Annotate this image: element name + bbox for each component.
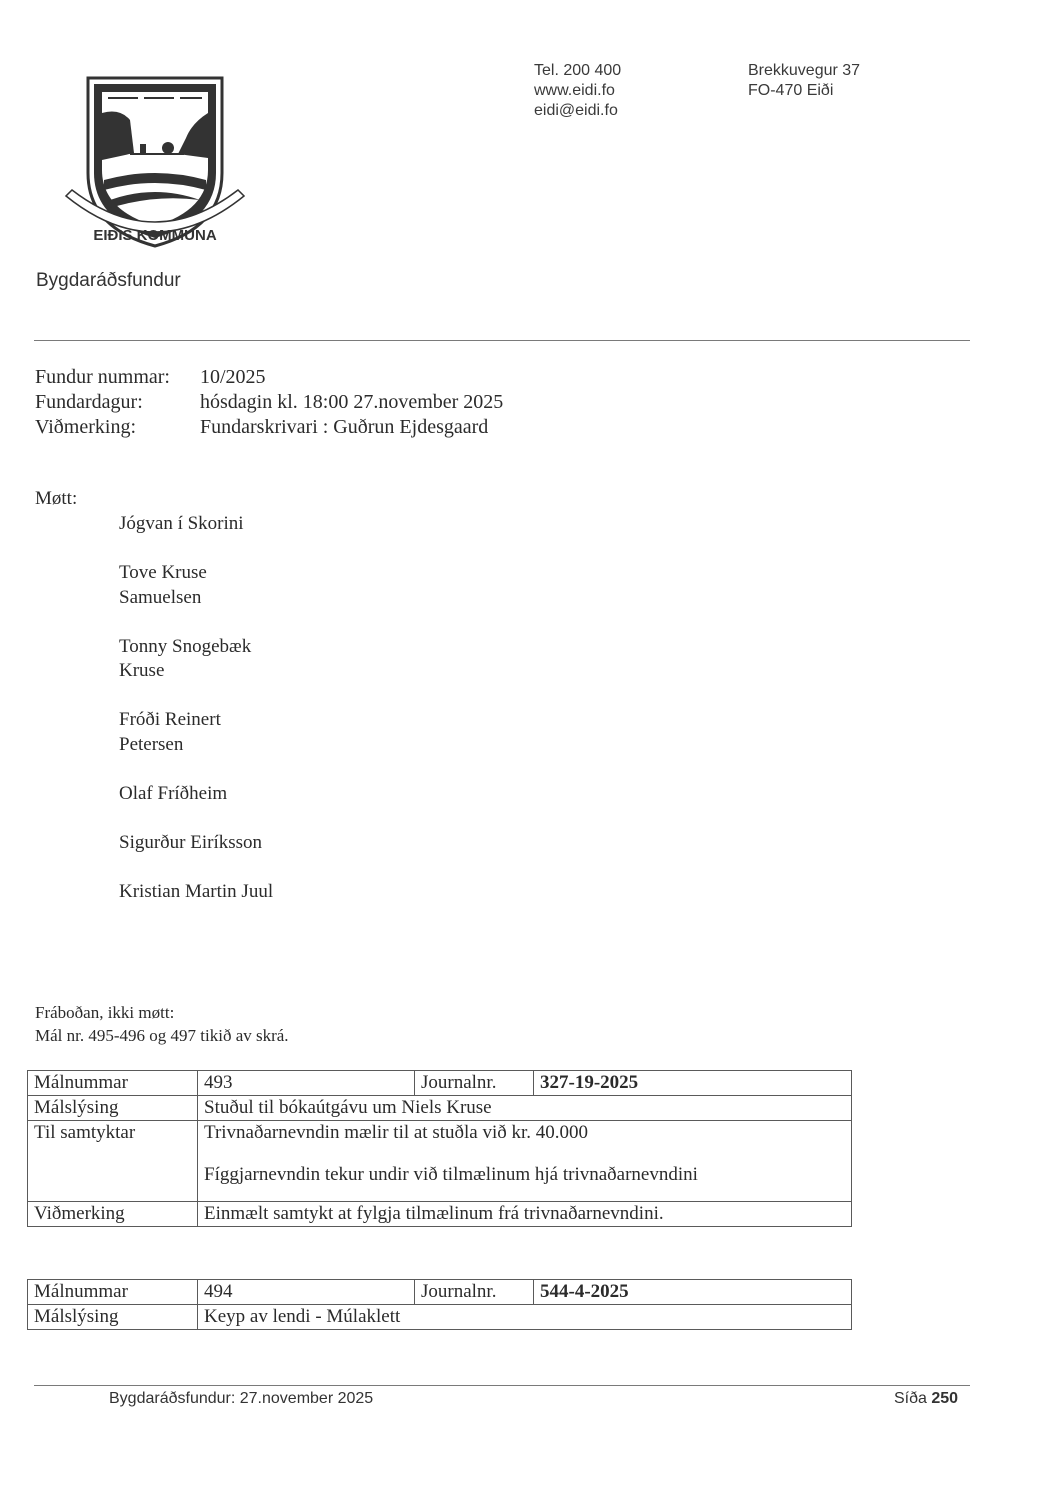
footer-meeting-date: Bygdaráðsfundur: 27.november 2025 xyxy=(109,1390,373,1408)
description-row: Málslýsing Keyp av lendi - Múlaklett xyxy=(28,1305,852,1330)
document-type-title: Bygdaráðsfundur xyxy=(36,270,181,292)
present-label: Møtt: xyxy=(35,488,77,510)
website-link[interactable]: www.eidi.fo xyxy=(534,81,621,101)
removed-cases-note: Mál nr. 495-496 og 497 tikið av skrá. xyxy=(35,1026,289,1046)
case-number-label: Málnummar xyxy=(28,1071,198,1096)
journal-label: Journalnr. xyxy=(415,1280,534,1305)
case-number-label: Málnummar xyxy=(28,1280,198,1305)
meeting-number-value: 10/2025 xyxy=(200,365,266,390)
member-item: Fróði ReinertPetersen xyxy=(119,708,273,757)
meeting-date-label: Fundardagur: xyxy=(35,390,200,415)
member-item: Tonny SnogebækKruse xyxy=(119,635,273,684)
case-number-value: 493 xyxy=(198,1071,415,1096)
case-number-value: 494 xyxy=(198,1280,415,1305)
meeting-details: Fundur nummar: 10/2025 Fundardagur: hósd… xyxy=(35,365,503,440)
journal-number-value: 544-4-2025 xyxy=(534,1280,852,1305)
member-item: Sigurður Eiríksson xyxy=(119,831,273,856)
case-number-row: Málnummar 493 Journalnr. 327-19-2025 xyxy=(28,1071,852,1096)
contact-info: Tel. 200 400 www.eidi.fo eidi@eidi.fo xyxy=(534,61,621,121)
member-item: Tove KruseSamuelsen xyxy=(119,561,273,610)
meeting-number-row: Fundur nummar: 10/2025 xyxy=(35,365,503,390)
member-item: Olaf Fríðheim xyxy=(119,782,273,807)
case-table: Málnummar 493 Journalnr. 327-19-2025 Mál… xyxy=(27,1070,852,1227)
meeting-number-label: Fundur nummar: xyxy=(35,365,200,390)
meeting-note-label: Viðmerking: xyxy=(35,415,200,440)
page-number: Síða 250 xyxy=(894,1390,958,1408)
present-members-list: Jógvan í Skorini Tove KruseSamuelsen Ton… xyxy=(119,512,273,929)
remark-label: Viðmerking xyxy=(28,1202,198,1227)
meeting-note-value: Fundarskrivari : Guðrun Ejdesgaard xyxy=(200,415,488,440)
case-table: Málnummar 494 Journalnr. 544-4-2025 Máls… xyxy=(27,1279,852,1330)
description-row: Málslýsing Stuðul til bókaútgávu um Niel… xyxy=(28,1096,852,1121)
email-link[interactable]: eidi@eidi.fo xyxy=(534,101,621,121)
approval-value: Trivnaðarnevndin mælir til at stuðla við… xyxy=(198,1121,852,1202)
phone-number: Tel. 200 400 xyxy=(534,61,621,81)
description-label: Málslýsing xyxy=(28,1305,198,1330)
absent-label: Fráboðan, ikki møtt: xyxy=(35,1003,174,1023)
journal-label: Journalnr. xyxy=(415,1071,534,1096)
description-label: Málslýsing xyxy=(28,1096,198,1121)
svg-text:EIÐIS KOMMUNA: EIÐIS KOMMUNA xyxy=(93,227,217,244)
case-number-row: Málnummar 494 Journalnr. 544-4-2025 xyxy=(28,1280,852,1305)
header-divider xyxy=(34,340,970,341)
member-item: Jógvan í Skorini xyxy=(119,512,273,537)
approval-label: Til samtyktar xyxy=(28,1121,198,1202)
municipality-crest-logo: EIÐIS KOMMUNA xyxy=(60,68,250,258)
member-item: Kristian Martin Juul xyxy=(119,880,273,905)
journal-number-value: 327-19-2025 xyxy=(534,1071,852,1096)
remark-value: Einmælt samtykt at fylgja tilmælinum frá… xyxy=(198,1202,852,1227)
street-address: Brekkuvegur 37 xyxy=(748,61,860,81)
footer-divider xyxy=(34,1385,970,1386)
meeting-date-row: Fundardagur: hósdagin kl. 18:00 27.novem… xyxy=(35,390,503,415)
description-value: Stuðul til bókaútgávu um Niels Kruse xyxy=(198,1096,852,1121)
postal-address: FO-470 Eiði xyxy=(748,81,860,101)
description-value: Keyp av lendi - Múlaklett xyxy=(198,1305,852,1330)
meeting-date-value: hósdagin kl. 18:00 27.november 2025 xyxy=(200,390,503,415)
address-info: Brekkuvegur 37 FO-470 Eiði xyxy=(748,61,860,101)
meeting-note-row: Viðmerking: Fundarskrivari : Guðrun Ejde… xyxy=(35,415,503,440)
approval-row: Til samtyktar Trivnaðarnevndin mælir til… xyxy=(28,1121,852,1202)
remark-row: Viðmerking Einmælt samtykt at fylgja til… xyxy=(28,1202,852,1227)
